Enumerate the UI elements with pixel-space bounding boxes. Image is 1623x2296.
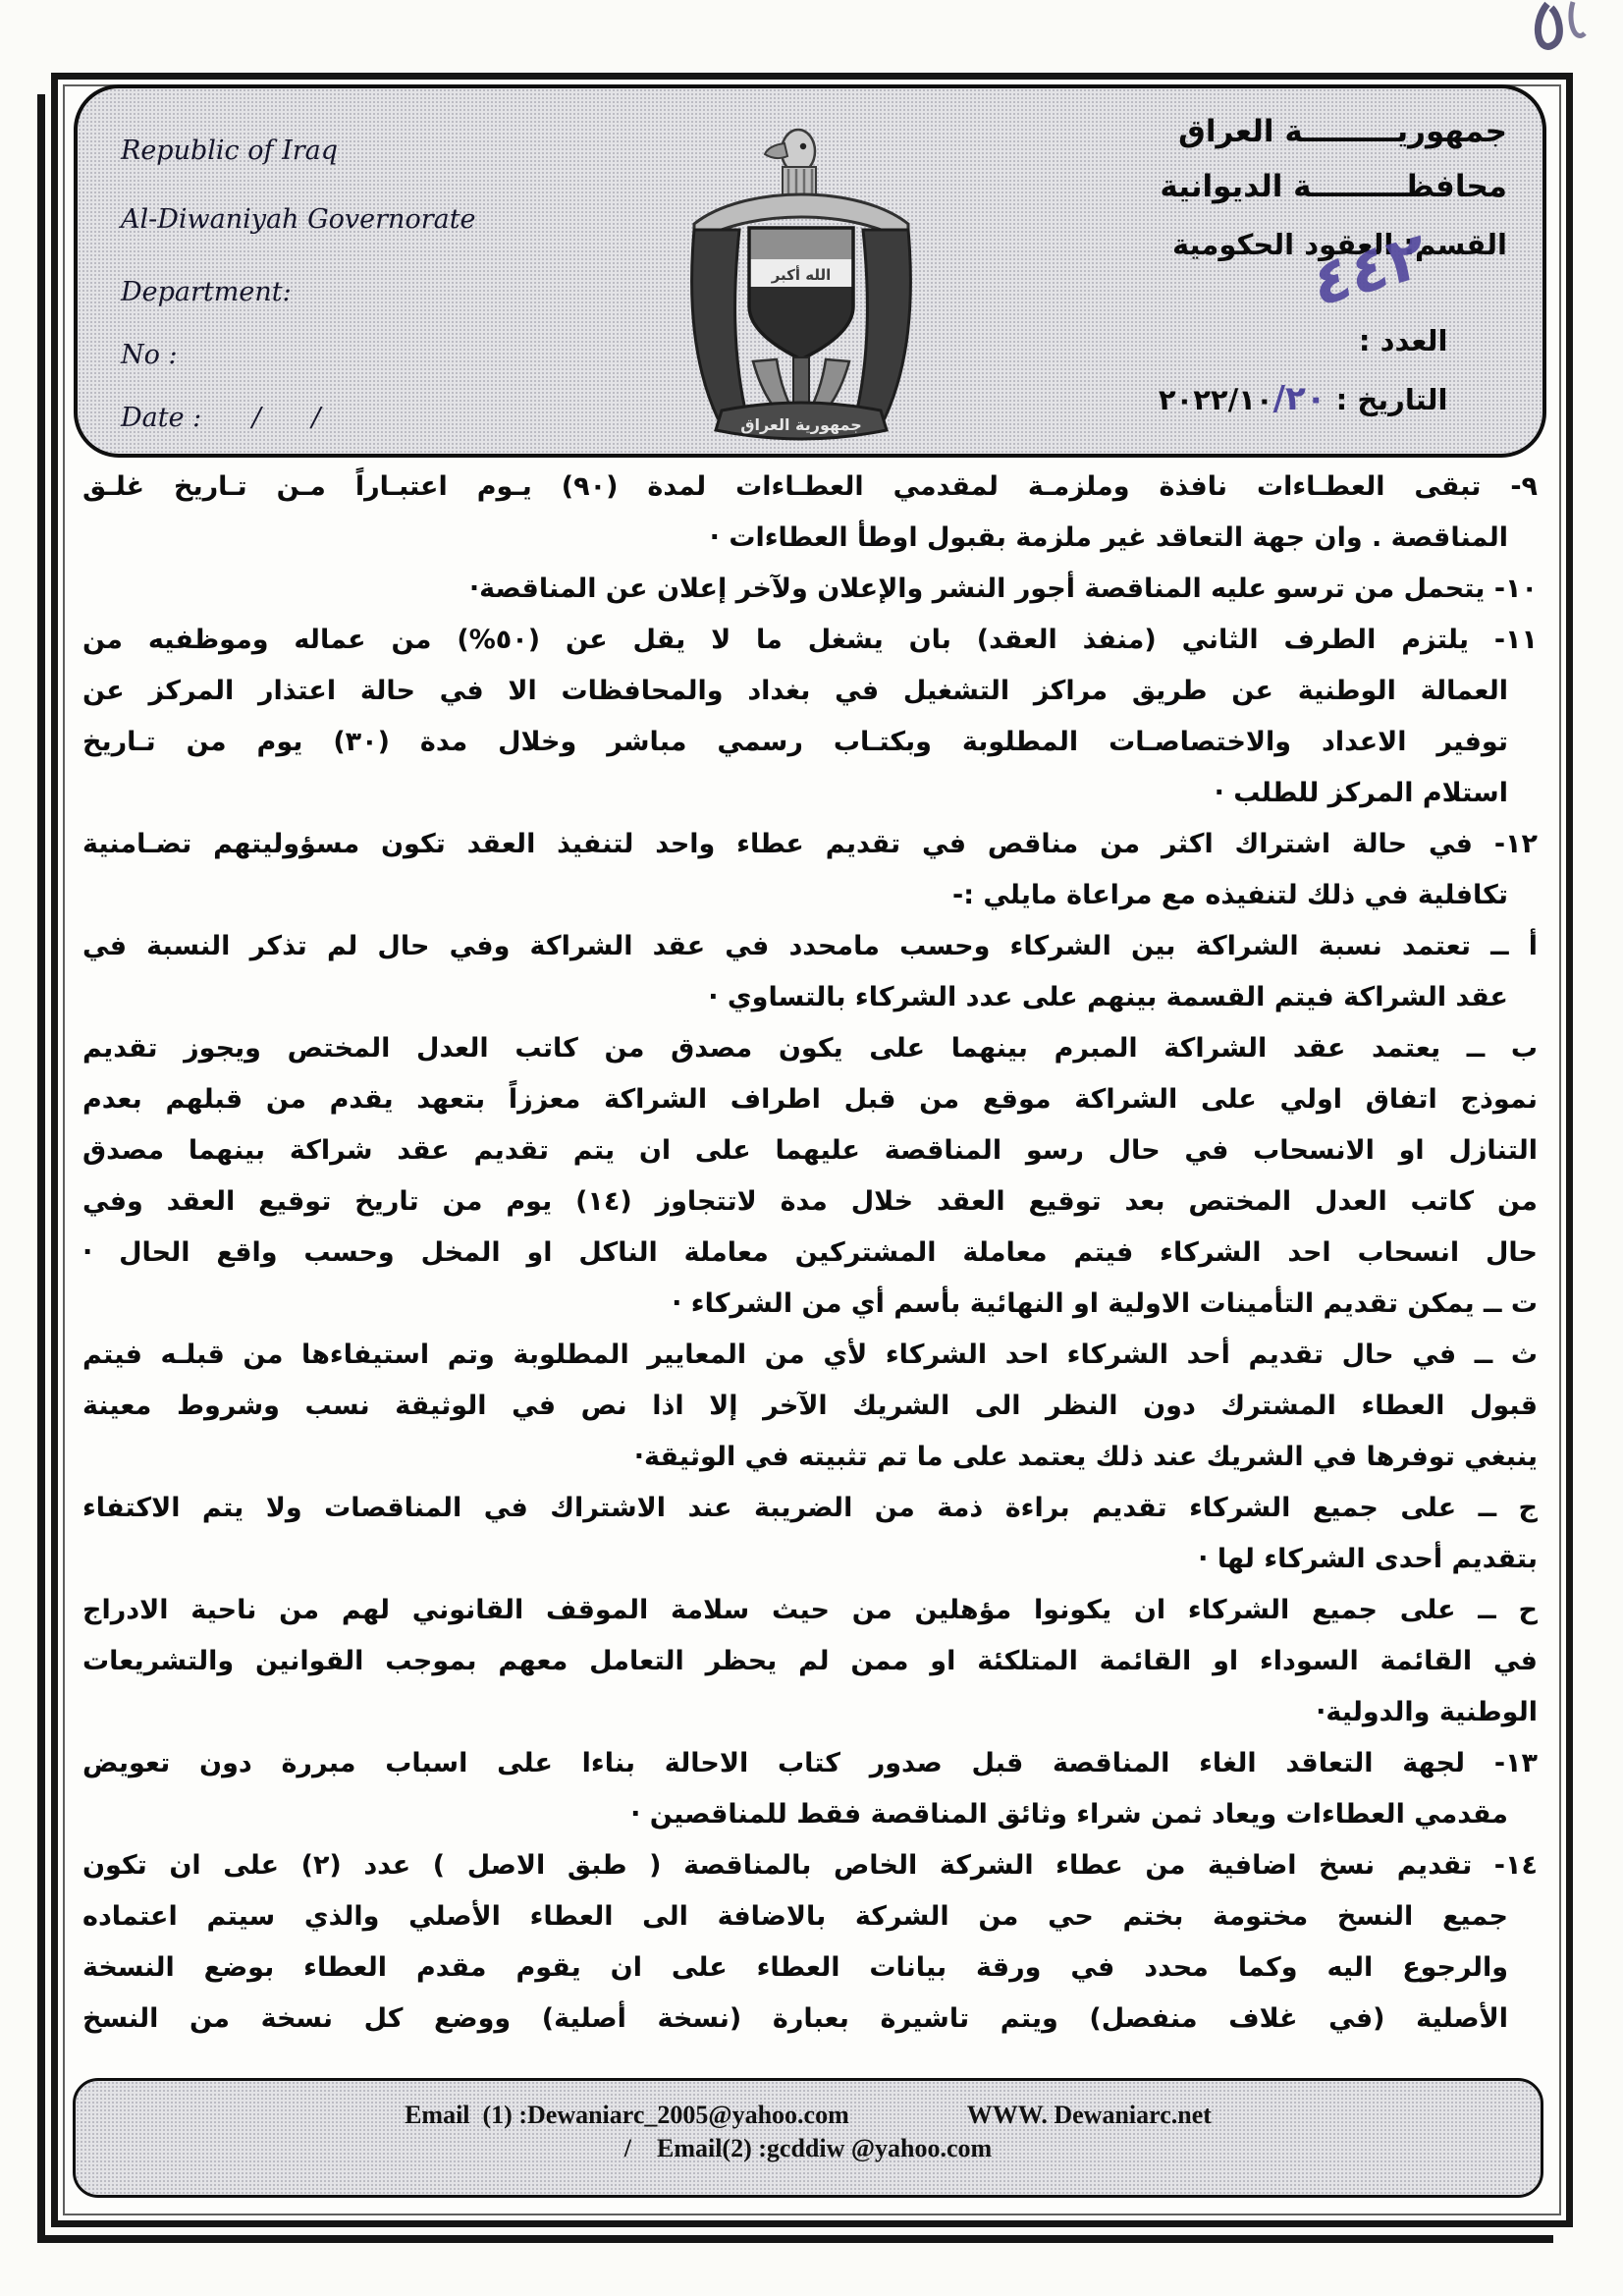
body-line: ح ــ على جميع الشركاء ان يكونوا مؤهلين م… bbox=[82, 1585, 1538, 1636]
body-line: مقدمي العطاءات ويعاد ثمن شراء وثائق المن… bbox=[82, 1789, 1538, 1840]
body-text: ٩- تبقى العطـاءات نافذة وملزمـة لمقدمي ا… bbox=[82, 462, 1538, 2045]
body-line: أ ــ تعتمد نسبة الشراكة بين الشركاء وحسب… bbox=[82, 921, 1538, 972]
footer-email-2: / Email(2) :gcddiw @yahoo.com bbox=[624, 2134, 992, 2162]
date-printed-value: ٢٠٢٢/١٠ bbox=[1159, 383, 1273, 416]
body-line: ١١- يلتزم الطرف الثاني (منفذ العقد) بان … bbox=[82, 615, 1538, 666]
body-line: والرجوع اليه وكما محدد في ورقة بيانات ال… bbox=[82, 1942, 1538, 1994]
body-line: جميع النسخ مختومة بختم حي من الشركة بالا… bbox=[82, 1891, 1538, 1942]
body-line: الوطنية والدولية· bbox=[82, 1687, 1538, 1738]
body-line: عقد الشراكة فيتم القسمة بينهم على عدد ال… bbox=[82, 972, 1538, 1023]
body-line: ١٣- لجهة التعاقد الغاء المناقصة قبل صدور… bbox=[82, 1738, 1538, 1789]
body-line: توفير الاعداد والاختصاصـات المطلوبة وبكت… bbox=[82, 717, 1538, 768]
body-line: ١٢- في حالة اشتراك اكثر من مناقص في تقدي… bbox=[82, 819, 1538, 870]
body-line: بتقديم أحدى الشركاء لها · bbox=[82, 1534, 1538, 1585]
body-line: ت ــ يمكن تقديم التأمينات الاولية او الن… bbox=[82, 1279, 1538, 1330]
emblem-banner-text: جمهورية العراق bbox=[740, 415, 862, 434]
document-date-row: التاريخ : ٢٠٢٢/١٠/٢٠ bbox=[1159, 346, 1507, 452]
body-line: استلام المركز للطلب · bbox=[82, 768, 1538, 819]
body-line: ج ــ على جميع الشركاء تقديم براءة ذمة من… bbox=[82, 1483, 1538, 1534]
footer-box: Email (1) :Dewaniarc_2005@yahoo.com WWW.… bbox=[73, 2078, 1543, 2198]
arabic-country-label: جمهوريـــــــــة العراق bbox=[1178, 114, 1507, 149]
english-department-label: Department: bbox=[121, 277, 292, 307]
footer-website: WWW. Dewaniarc.net bbox=[967, 2101, 1212, 2130]
pen-scribble-mark bbox=[1490, 0, 1618, 90]
body-line: تكافلية في ذلك لتنفيذه مع مراعاة مايلي :… bbox=[82, 870, 1538, 921]
footer-line-1: Email (1) :Dewaniarc_2005@yahoo.com WWW.… bbox=[76, 2101, 1541, 2130]
body-line: ينبغي توفرها في الشريك عند ذلك يعتمد على… bbox=[82, 1432, 1538, 1483]
date-handwritten-value: /٢٠ bbox=[1273, 379, 1326, 418]
body-line: الأصلية (في غلاف منفصل) ويتم تاشيرة بعبا… bbox=[82, 1994, 1538, 2045]
english-country-label: Republic of Iraq bbox=[121, 136, 338, 166]
english-governorate-label: Al-Diwaniyah Governorate bbox=[121, 204, 476, 235]
body-line: ١٤- تقديم نسخ اضافية من عطاء الشركة الخا… bbox=[82, 1840, 1538, 1891]
body-line: من كاتب العدل المختص بعد توقيع العقد خلا… bbox=[82, 1176, 1538, 1228]
body-line: العمالة الوطنية عن طريق مراكز التشغيل في… bbox=[82, 666, 1538, 717]
iraq-coat-of-arms-icon: الله أكبر جمهورية العراق bbox=[649, 114, 953, 444]
english-no-label: No : bbox=[121, 340, 178, 370]
body-line: ٩- تبقى العطـاءات نافذة وملزمـة لمقدمي ا… bbox=[82, 462, 1538, 513]
body-line: ث ــ في حال تقديم أحد الشركاء احد الشركا… bbox=[82, 1330, 1538, 1381]
body-line: قبول العطاء المشترك دون النظر الى الشريك… bbox=[82, 1381, 1538, 1432]
body-line: في القائمة السوداء او القائمة المتلكئة ا… bbox=[82, 1636, 1538, 1687]
body-line: ١٠- يتحمل من ترسو عليه المناقصة أجور الن… bbox=[82, 564, 1538, 615]
body-line: حال انسحاب احد الشركاء فيتم معاملة المشت… bbox=[82, 1228, 1538, 1279]
footer-email-1: Email (1) :Dewaniarc_2005@yahoo.com bbox=[405, 2101, 849, 2130]
body-line: نموذج اتفاق اولي على الشراكة موقع من قبل… bbox=[82, 1074, 1538, 1125]
english-date-label: Date : / / bbox=[121, 403, 320, 433]
emblem-shield-text: الله أكبر bbox=[771, 265, 832, 284]
footer-line-2: / Email(2) :gcddiw @yahoo.com bbox=[76, 2134, 1541, 2163]
body-line: المناقصة . وان جهة التعاقد غير ملزمة بقب… bbox=[82, 513, 1538, 564]
letterhead-box: Republic of Iraq Al-Diwaniyah Governorat… bbox=[74, 84, 1546, 458]
body-line: ب ــ يعتمد عقد الشراكة المبرم بينهما على… bbox=[82, 1023, 1538, 1074]
scanned-document-page: Republic of Iraq Al-Diwaniyah Governorat… bbox=[0, 0, 1623, 2296]
arabic-governorate-label: محافظـــــــــة الديوانية bbox=[1160, 169, 1507, 204]
date-label: التاريخ : bbox=[1326, 383, 1448, 416]
body-line: التنازل او الانسحاب في حال رسو المناقصة … bbox=[82, 1125, 1538, 1176]
